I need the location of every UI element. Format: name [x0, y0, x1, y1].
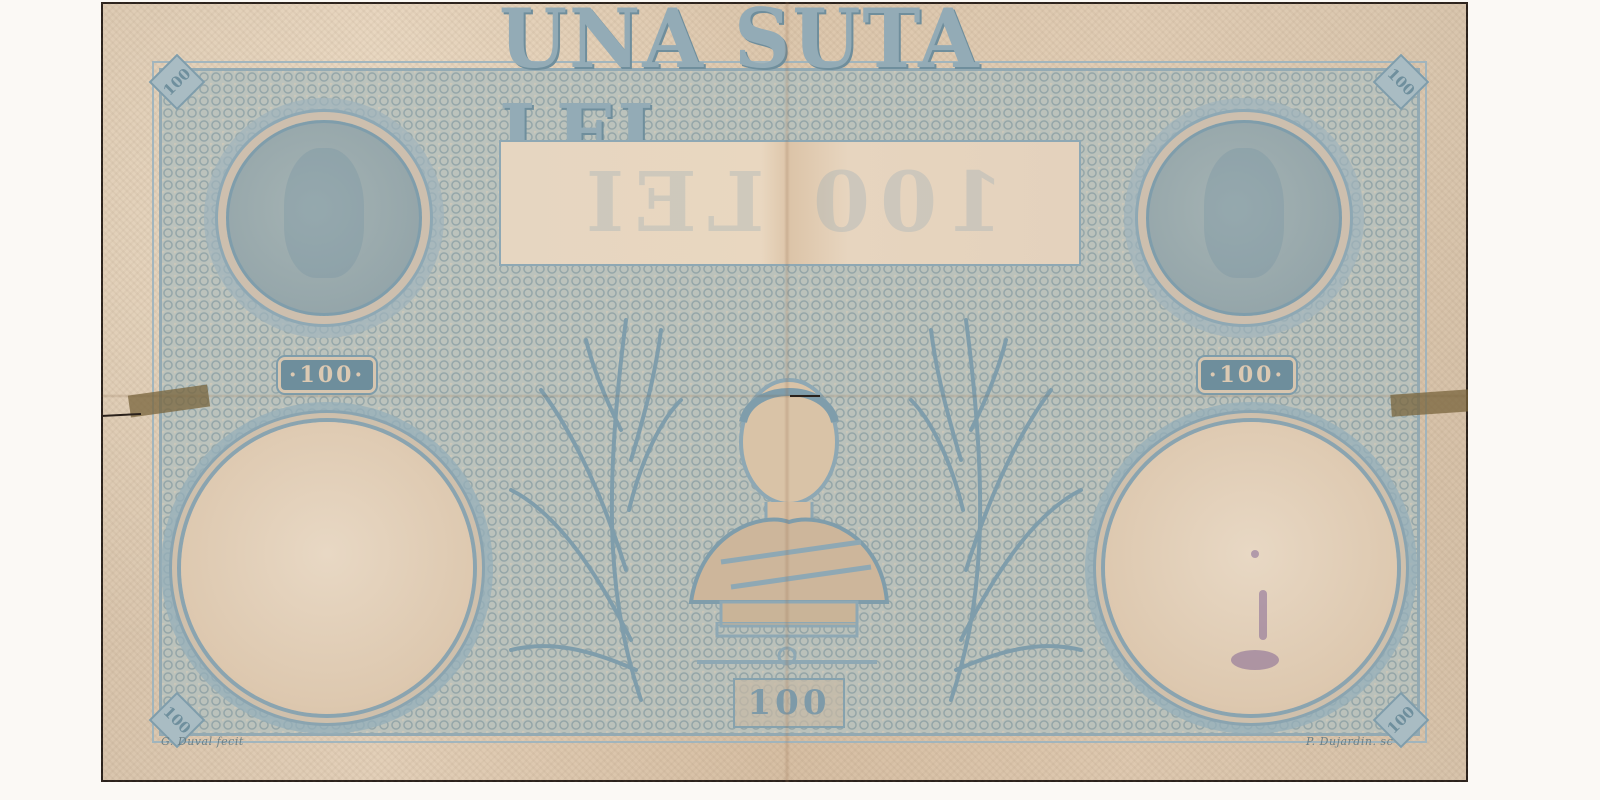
- portrait-medallion-right: [1146, 120, 1342, 316]
- denomination-badge-left: ·100·: [281, 360, 373, 390]
- ink-stain: [1231, 650, 1279, 670]
- watermark-panel: 100 LEI: [499, 140, 1081, 266]
- tear-center: [790, 395, 820, 397]
- laurel-branch-left-icon: [491, 310, 691, 710]
- denomination-badge-right: ·100·: [1201, 360, 1293, 390]
- watermark-window-right: [1105, 422, 1397, 714]
- portrait-head-icon: [1204, 148, 1284, 278]
- horizontal-fold: [101, 394, 1468, 398]
- portrait-head-icon: [284, 148, 364, 278]
- watermark-window-left: [181, 422, 473, 714]
- ink-stain: [1259, 590, 1267, 640]
- designer-signature: G. Duval fecit: [161, 735, 244, 748]
- portrait-medallion-left: [226, 120, 422, 316]
- show-through-text: 100 LEI: [501, 142, 1079, 264]
- banknote: UNA SUTA LEI 100 LEI 100 100 100 100 ·10…: [101, 2, 1468, 782]
- vertical-fold: [784, 2, 790, 782]
- ink-stain: [1251, 550, 1259, 558]
- engraver-signature: P. Dujardin. sc: [1306, 735, 1393, 748]
- laurel-branch-right-icon: [901, 310, 1101, 710]
- tape-repair-right: [1390, 389, 1468, 417]
